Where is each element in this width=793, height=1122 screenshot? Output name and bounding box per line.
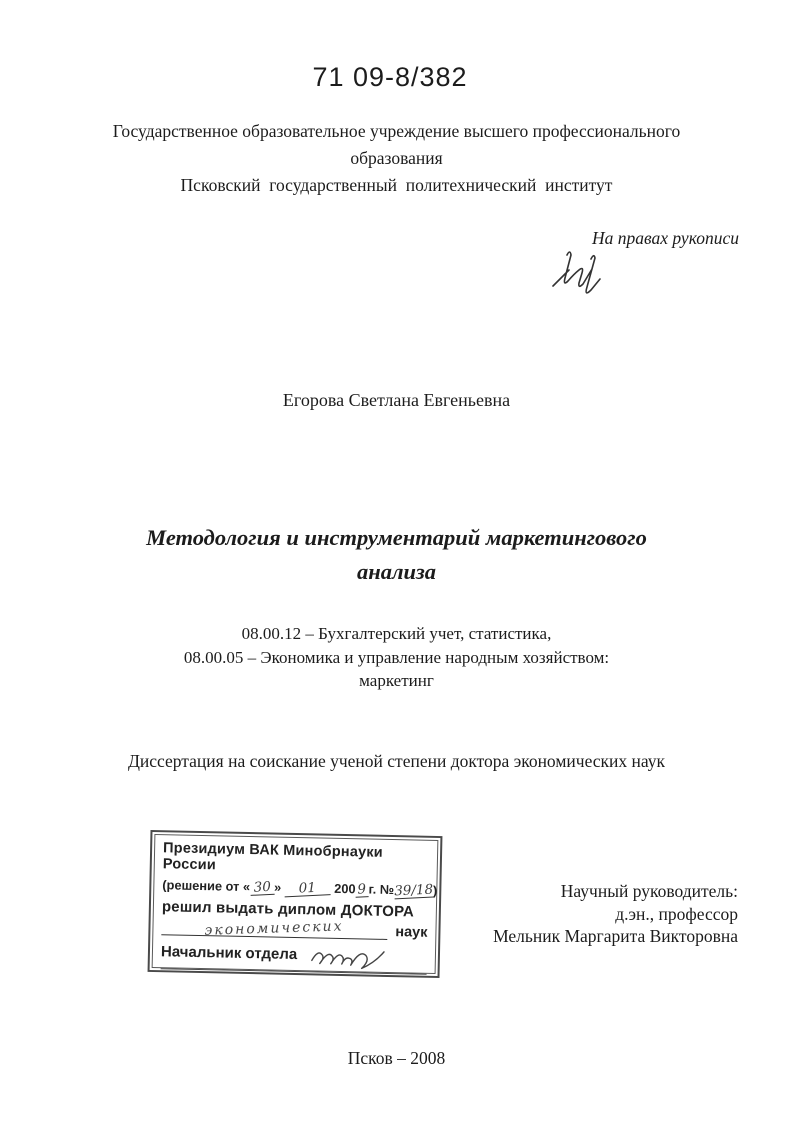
dissertation-title-page: 71 09-8/382 Государственное образователь… [0,0,793,1122]
dissertation-title: Методология и инструментарий маркетингов… [60,521,733,589]
catalog-number: 71 09-8/382 [0,62,780,93]
author-signature-scribble [548,246,628,304]
official-title: Начальник отдела [161,943,298,963]
institution-line-1: Государственное образовательное учрежден… [40,118,753,145]
stamp-header: Президиум ВАК Минобрнауки России [163,840,430,878]
title-line-2: анализа [60,555,733,589]
supervisor-line-1: Научный руководитель: [318,880,738,903]
decision-prefix: (решение от « [162,877,250,894]
specialty-line-3: маркетинг [60,669,733,693]
city-year: Псков – 2008 [0,1048,793,1069]
supervisor-line-2: д.эн., профессор [318,903,738,926]
institution-block: Государственное образовательное учрежден… [40,118,753,199]
author-name: Егорова Светлана Евгеньевна [0,390,793,411]
specialty-line-1: 08.00.12 – Бухгалтерский учет, статистик… [60,622,733,646]
handwritten-day: 30 [250,881,275,896]
specialty-line-2: 08.00.05 – Экономика и управление народн… [60,646,733,670]
supervisor-block: Научный руководитель: д.эн., профессор М… [318,880,738,948]
thesis-statement: Диссертация на соискание ученой степени … [0,751,793,772]
title-line-1: Методология и инструментарий маркетингов… [60,521,733,555]
institution-line-2: образования [40,145,753,172]
institution-line-3: Псковский государственный политехнически… [40,172,753,199]
specialty-codes: 08.00.12 – Бухгалтерский учет, статистик… [60,622,733,693]
supervisor-line-3: Мельник Маргарита Викторовна [318,925,738,948]
decision-quote-close: » [274,880,281,895]
